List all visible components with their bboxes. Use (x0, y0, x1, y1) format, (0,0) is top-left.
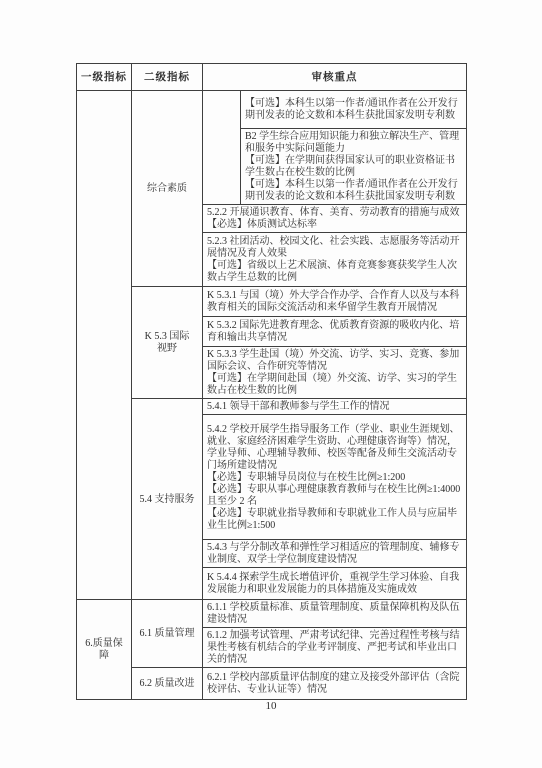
document-page: 一级指标 二级指标 审核重点 综合素质 【可选】本科生以第一作者/通讯作者在公开… (0, 0, 542, 768)
table-row: K 5.3 国际 视野 K 5.3.1 与国（境）外大学合作办学、合作育人以及与… (77, 287, 467, 317)
focus-cell-r6: K 5.3.2 国际先进教育理念、优质教育资源的吸收内化、培育和输出共享情况 (203, 317, 467, 347)
focus-cell-r5: K 5.3.1 与国（境）外大学合作办学、合作育人以及与本科教育相关的国际交流活… (203, 287, 467, 317)
level2-cell-quality-management: 6.1 质量管理 (132, 600, 203, 668)
focus-cell-r3: 5.2.2 开展通识教育、体育、美育、劳动教育的措施与成效 【必选】体质测试达标… (203, 205, 467, 233)
header-row: 一级指标 二级指标 审核重点 (77, 64, 467, 91)
focus-cell-r2: B2 学生综合应用知识能力和独立解决生产、管理和服务中实际问题能力 【可选】在学… (241, 129, 467, 205)
level2-cell-support: 5.4 支持服务 (132, 399, 203, 600)
focus-cell-r14: 6.2.1 学校内部质量评估制度的建立及接受外部评估（含院校评估、专业认证等）情… (203, 668, 467, 700)
table-row: 综合素质 【可选】本科生以第一作者/通讯作者在公开发行期刊发表的论文数和本科生获… (77, 91, 467, 129)
table-row: 5.4 支持服务 5.4.1 领导干部和教师参与学生工作的情况 (77, 399, 467, 415)
focus-cell-r11: K 5.4.4 探索学生成长增值评价，重视学生学习体验、自我发展能力和职业发展能… (203, 568, 467, 600)
header-level1: 一级指标 (77, 64, 132, 91)
focus-cell-r13: 6.1.2 加强考试管理、严肃考试纪律、完善过程性考核与结果性考核有机结合的学业… (203, 628, 467, 668)
focus-cell-r8: 5.4.1 领导干部和教师参与学生工作的情况 (203, 399, 467, 415)
level2-cell-international: K 5.3 国际 视野 (132, 287, 203, 399)
focus-cell-r7: K 5.3.3 学生赴国（境）外交流、访学、实习、竞赛、参加国际会议、合作研究等… (203, 347, 467, 399)
level1-cell-continued-empty (77, 91, 132, 600)
focus-cell-r9: 5.4.2 学校开展学生指导服务工作（学业、职业生涯规划、就业、家庭经济困难学生… (203, 415, 467, 540)
focus-subcell-empty (203, 91, 241, 205)
page-number: 10 (0, 700, 542, 712)
focus-cell-r12: 6.1.1 学校质量标准、质量管理制度、质量保障机构及队伍建设情况 (203, 600, 467, 628)
audit-indicator-table: 一级指标 二级指标 审核重点 综合素质 【可选】本科生以第一作者/通讯作者在公开… (76, 63, 467, 700)
focus-cell-r4: 5.2.3 社团活动、校园文化、社会实践、志愿服务等活动开展情况及育人效果 【可… (203, 233, 467, 287)
header-focus: 审核重点 (203, 64, 467, 91)
level2-cell-comprehensive: 综合素质 (132, 91, 203, 287)
focus-cell-r1: 【可选】本科生以第一作者/通讯作者在公开发行期刊发表的论文数和本科生获批国家发明… (241, 91, 467, 129)
header-level2: 二级指标 (132, 64, 203, 91)
level2-cell-quality-improvement: 6.2 质量改进 (132, 668, 203, 700)
table-row: 6.2 质量改进 6.2.1 学校内部质量评估制度的建立及接受外部评估（含院校评… (77, 668, 467, 700)
table-row: 6.质量保 障 6.1 质量管理 6.1.1 学校质量标准、质量管理制度、质量保… (77, 600, 467, 628)
focus-cell-r10: 5.4.3 与学分制改革和弹性学习相适应的管理制度、辅修专业制度、双学士学位制度… (203, 540, 467, 568)
level1-cell-quality-assurance: 6.质量保 障 (77, 600, 132, 700)
